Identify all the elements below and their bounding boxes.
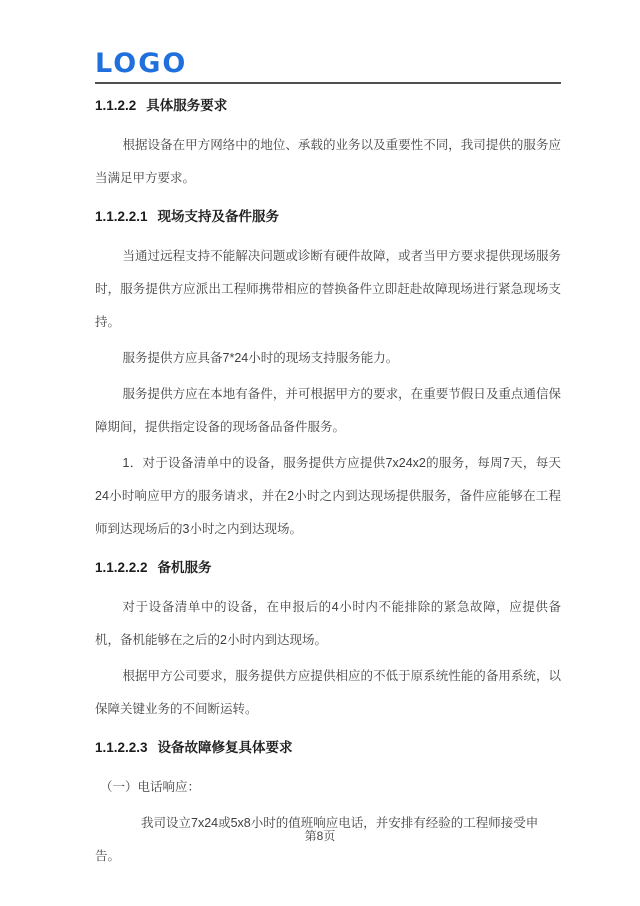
heading-number: 1.1.2.2.1	[95, 209, 148, 224]
heading-title: 现场支持及备件服务	[158, 209, 280, 224]
heading-title: 具体服务要求	[146, 98, 227, 113]
company-logo: LOGO	[95, 50, 561, 78]
document-content: LOGO 1.1.2.2具体服务要求 根据设备在甲方网络中的地位、承载的业务以及…	[95, 50, 561, 873]
paragraph-intro: 根据设备在甲方网络中的地位、承载的业务以及重要性不同，我司提供的服务应当满足甲方…	[95, 129, 561, 195]
paragraph-onsite-2: 服务提供方应具备7*24小时的现场支持服务能力。	[95, 342, 561, 375]
heading-number: 1.1.2.2	[95, 98, 136, 113]
heading-fault-repair-requirements: 1.1.2.2.3设备故障修复具体要求	[95, 738, 561, 758]
paragraph-onsite-3: 服务提供方应在本地有备件，并可根据甲方的要求，在重要节假日及重点通信保障期间，提…	[95, 378, 561, 444]
heading-onsite-support-spares: 1.1.2.2.1现场支持及备件服务	[95, 207, 561, 227]
heading-title: 备机服务	[158, 560, 212, 575]
page-number: 第8页	[0, 826, 640, 846]
paragraph-onsite-1: 当通过远程支持不能解决问题或诊断有硬件故障，或者当甲方要求提供现场服务时，服务提…	[95, 240, 561, 339]
heading-backup-machine-service: 1.1.2.2.2备机服务	[95, 558, 561, 578]
heading-number: 1.1.2.2.3	[95, 740, 148, 755]
paragraph-phone-response-label: （一）电话响应：	[95, 771, 561, 804]
paragraph-backup-2: 根据甲方公司要求，服务提供方应提供相应的不低于原系统性能的备用系统，以保障关键业…	[95, 660, 561, 726]
paragraph-onsite-4: 1．对于设备清单中的设备，服务提供方应提供7x24x2的服务，每周7天，每天24…	[95, 447, 561, 546]
heading-specific-service-requirements: 1.1.2.2具体服务要求	[95, 96, 561, 116]
heading-number: 1.1.2.2.2	[95, 560, 148, 575]
heading-title: 设备故障修复具体要求	[158, 740, 293, 755]
paragraph-backup-1: 对于设备清单中的设备，在申报后的4小时内不能排除的紧急故障，应提供备机，备机能够…	[95, 591, 561, 657]
document-page: LOGO 1.1.2.2具体服务要求 根据设备在甲方网络中的地位、承载的业务以及…	[0, 0, 640, 906]
header-divider	[95, 82, 561, 84]
